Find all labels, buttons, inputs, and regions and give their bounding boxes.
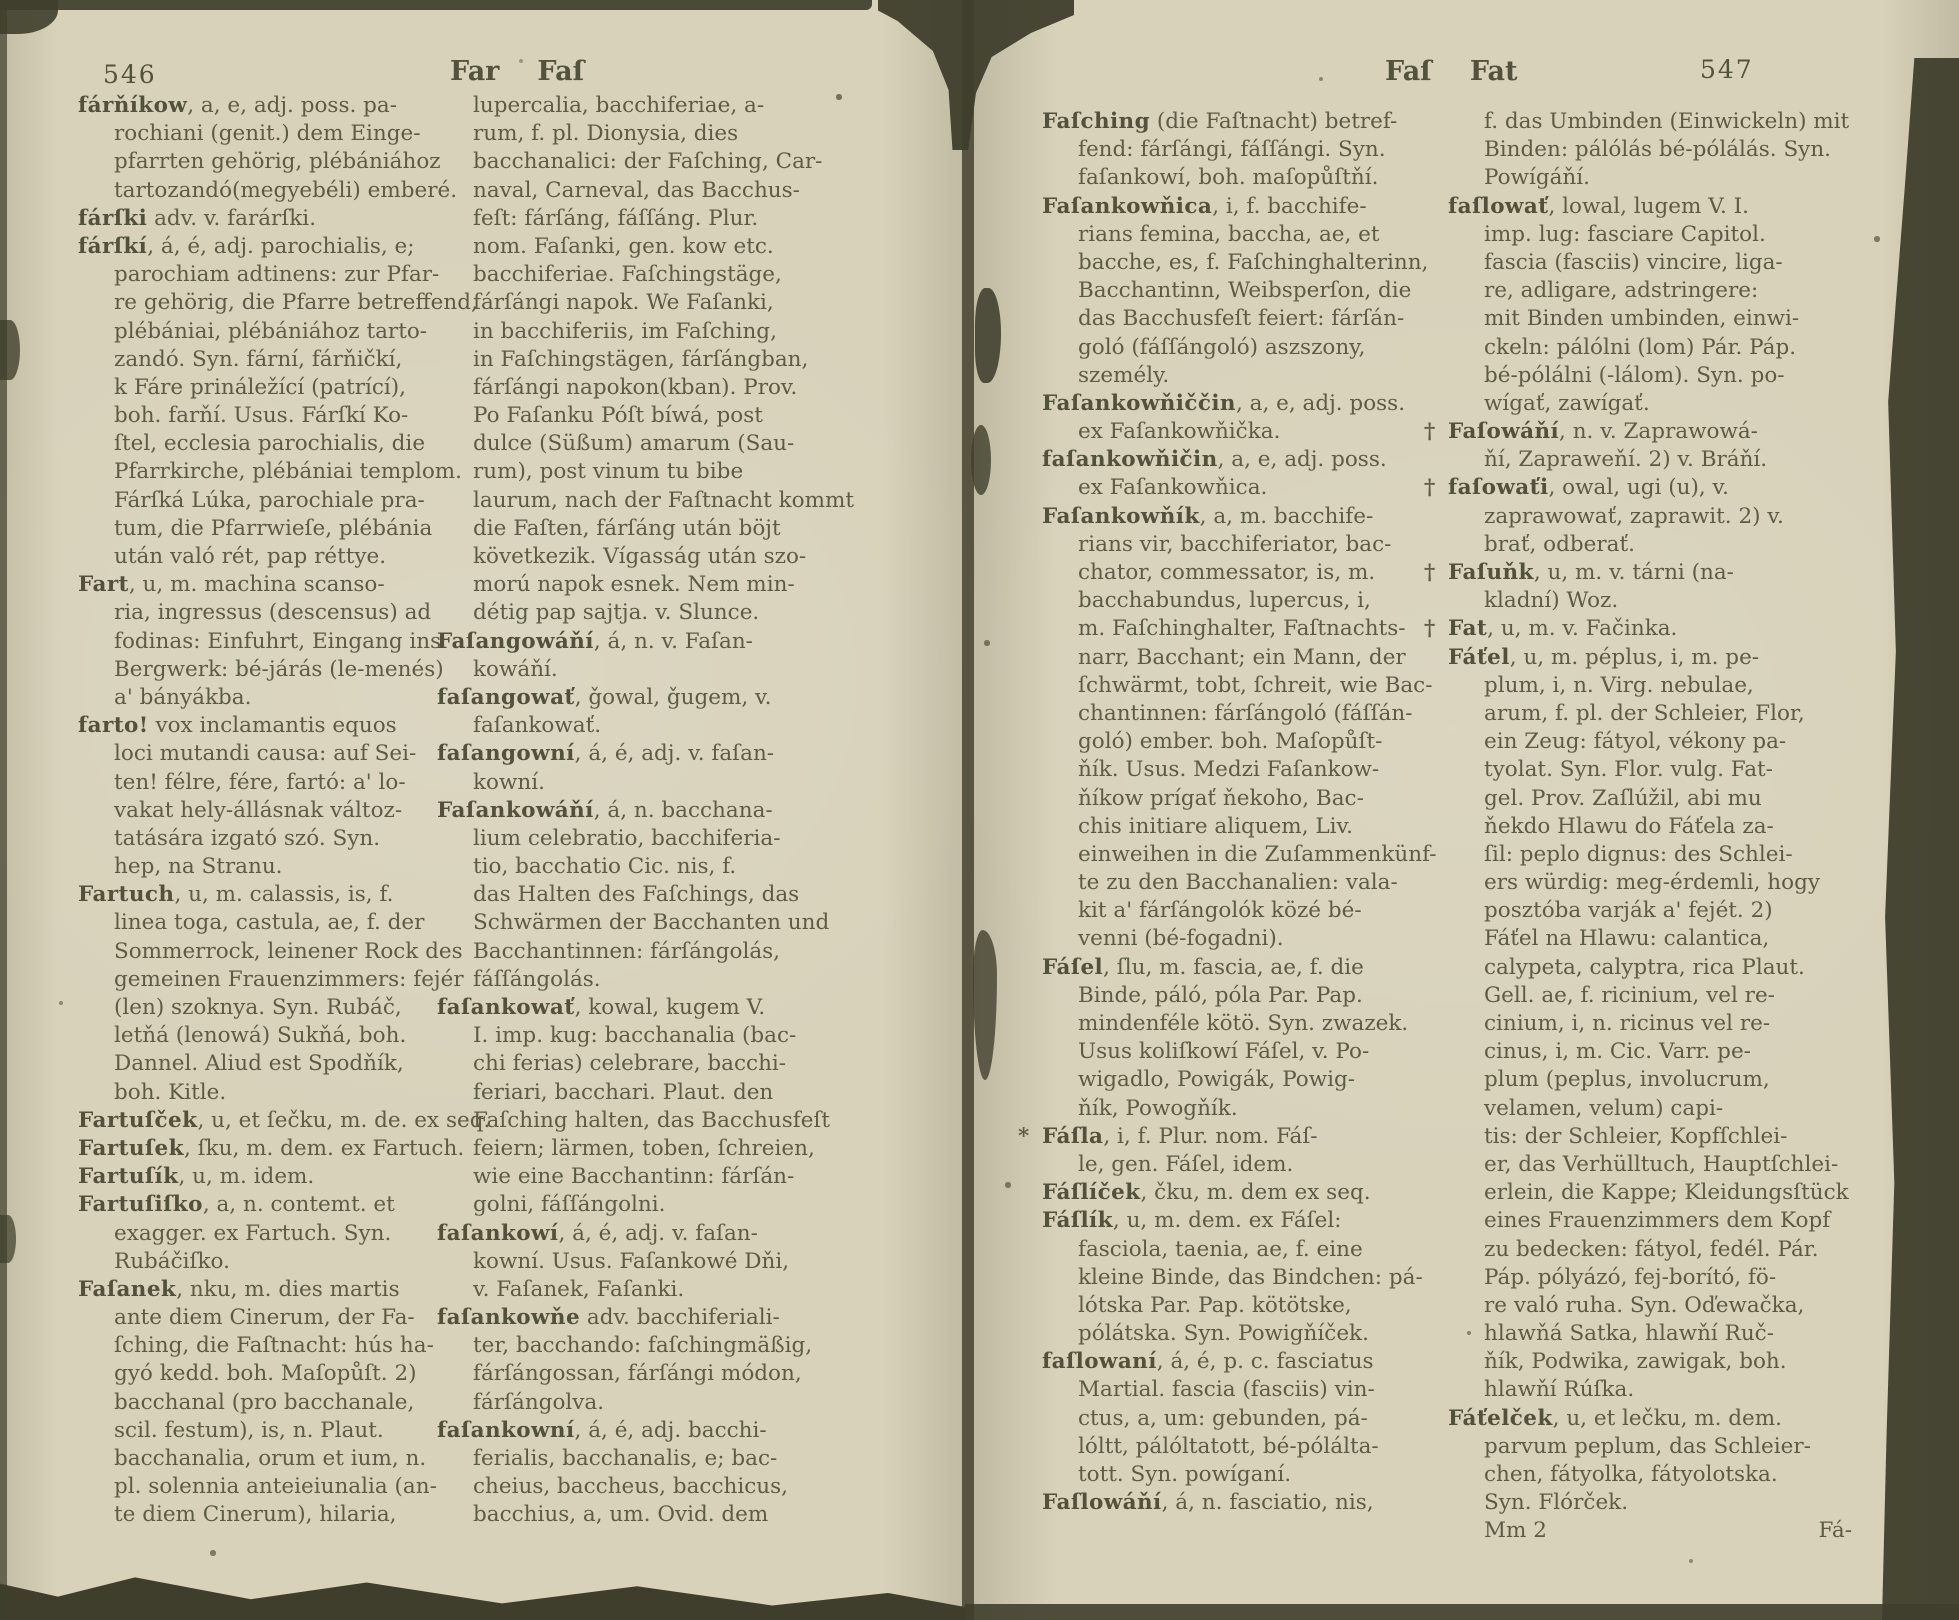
headword: Faſankowňík [1042, 504, 1200, 529]
running-head-left: Far Faſ [450, 56, 584, 87]
text-line: gyó kedd. boh. Maſopůſt. 2) [78, 1360, 430, 1388]
text-line: után való rét, pap réttye. [78, 543, 430, 571]
text-line: scil. festum), is, n. Plaut. [78, 1417, 430, 1445]
text-line: Binden: pálólás bé-pólálás. Syn. [1448, 136, 1860, 164]
text-line: exagger. ex Fartuch. Syn. [78, 1220, 430, 1248]
text-line: mindenféle kötö. Syn. zwazek. [1042, 1010, 1434, 1038]
text-line: zaprawowať, zaprawit. 2) v. [1448, 503, 1860, 531]
text-line: fascia (fasciis) vincire, liga- [1448, 249, 1860, 277]
headword: Fartuſček [78, 1108, 197, 1133]
text-line: wígať, zawígať. [1448, 390, 1860, 418]
text-line: er, das Verhülltuch, Hauptſchlei- [1448, 1151, 1860, 1179]
text-line: Faſanek, nku, m. dies martis [78, 1276, 430, 1304]
asterisk-marker: * [1018, 1123, 1029, 1151]
text-line: plum, i, n. Virg. nebulae, [1448, 672, 1860, 700]
scan-corner-blob [0, 0, 58, 34]
text-line: chis initiare aliquem, Liv. [1042, 813, 1434, 841]
text-line: †Faſuňk, u, m. v. tárni (na- [1448, 559, 1860, 587]
text-line: ria, ingressus (descensus) ad [78, 599, 430, 627]
text-line: faſankowňe adv. bacchiferiali- [437, 1304, 819, 1332]
text-line: feiern; lärmen, toben, ſchreien, [437, 1135, 819, 1163]
text-line: Usus koliſkowí Fáſel, v. Po- [1042, 1038, 1434, 1066]
text-line: Faſching (die Faſtnacht) betref- [1042, 108, 1434, 136]
text-line: ňík, Podwika, zawigak, boh. [1448, 1348, 1860, 1376]
text-line: Faſankowáňí, á, n. bacchana- [437, 797, 819, 825]
headword: Faſankowňica [1042, 194, 1212, 219]
text-line: faſangowní, á, é, adj. v. faſan- [437, 740, 819, 768]
text-line: arum, f. pl. der Schleier, Flor, [1448, 700, 1860, 728]
text-line: brať, odberať. [1448, 531, 1860, 559]
text-line: Fartuch, u, m. calassis, is, f. [78, 881, 430, 909]
text-line: kowáňí. [437, 656, 819, 684]
text-line: Gell. ae, f. ricinium, vel re- [1448, 982, 1860, 1010]
text-line: in bacchiferiis, im Faſching, [437, 318, 819, 346]
text-line: bacchabundus, lupercus, i, [1042, 587, 1434, 615]
gutter-ink-blob [971, 425, 991, 495]
text-line: cheius, baccheus, bacchicus, [437, 1473, 819, 1501]
text-line: rians femina, baccha, ae, et [1042, 221, 1434, 249]
text-line: goló) ember. boh. Maſopůſt- [1042, 728, 1434, 756]
text-line: narr, Bacchant; ein Mann, der [1042, 644, 1434, 672]
text-line: rum, f. pl. Dionysia, dies [437, 120, 819, 148]
text-line: bacchanalici: der Faſching, Car- [437, 148, 819, 176]
text-line: bé-pólálni (-lálom). Syn. po- [1448, 362, 1860, 390]
text-line: Páp. pólyázó, fej-borító, fö- [1448, 1264, 1860, 1292]
headword: faſankowí [437, 1221, 559, 1246]
text-line: golni, fáſſángolni. [437, 1191, 819, 1219]
edge-ink-blob [0, 1215, 16, 1263]
text-line: kowní. Usus. Faſankowé Dňi, [437, 1248, 819, 1276]
text-line: lótska Par. Pap. kötötske, [1042, 1292, 1434, 1320]
headword: Fáſla [1042, 1124, 1103, 1149]
text-line: bacche, es, f. Faſchinghalterinn, [1042, 249, 1434, 277]
text-line: faſankowať, kowal, kugem V. [437, 994, 819, 1022]
text-line: Rubáčiſko. [78, 1248, 430, 1276]
text-line: k Fáre prináležící (patrící), [78, 374, 430, 402]
text-line: Faſching halten, das Bacchusfeſt [437, 1107, 819, 1135]
text-line: zandó. Syn. fární, fárňičkí, [78, 346, 430, 374]
text-line: goló (fáſſángoló) aszszony, [1042, 334, 1434, 362]
text-line: lupercalia, bacchiferiae, a- [437, 92, 819, 120]
edge-ink-blob [0, 320, 20, 380]
text-line: tio, bacchatio Cic. nis, f. [437, 853, 819, 881]
text-line: ſching, die Faſtnacht: hús ha- [78, 1332, 430, 1360]
text-line: parochiam adtinens: zur Pfar- [78, 261, 430, 289]
text-line: f. das Umbinden (Einwickeln) mit [1448, 108, 1860, 136]
text-line: Fartuſek, ſku, m. dem. ex Fartuch. [78, 1135, 430, 1163]
signature-mark: Mm 2 [1484, 1517, 1547, 1545]
text-line: faſankowí, á, é, adj. v. faſan- [437, 1220, 819, 1248]
text-line: chi ferias) celebrare, bacchi- [437, 1050, 819, 1078]
gutter-ink-blob [975, 288, 1001, 383]
text-line: tum, die Pfarrwieſe, plébánia [78, 515, 430, 543]
text-line: tott. Syn. powíganí. [1042, 1461, 1434, 1489]
headword: fárſki [78, 206, 147, 231]
text-line: ex Faſankowňička. [1042, 418, 1434, 446]
text-line: fárňíkow, a, e, adj. poss. pa- [78, 92, 430, 120]
headword: Fartuch [78, 882, 174, 907]
text-line: faſankowí, boh. maſopůſtňí. [1042, 164, 1434, 192]
text-line: chen, fátyolka, fátyolotska. [1448, 1461, 1860, 1489]
text-line: feriari, bacchari. Plaut. den [437, 1079, 819, 1107]
text-line: vakat hely-állásnak változ- [78, 797, 430, 825]
text-line: Po Faſanku Póſt bíwá, post [437, 402, 819, 430]
text-line: laurum, nach der Faſtnacht kommt [437, 487, 819, 515]
text-line: erlein, die Kappe; Kleidungsſtück [1448, 1179, 1860, 1207]
text-line: te zu den Bacchanalien: vala- [1042, 869, 1434, 897]
scan-border-top [0, 0, 872, 10]
headword: Faſankowňiččin [1042, 391, 1236, 416]
text-line: Faſankowňík, a, m. bacchife- [1042, 503, 1434, 531]
text-line: ten! félre, fére, fartó: a' lo- [78, 769, 430, 797]
text-line: Syn. Flórček. [1448, 1489, 1860, 1517]
text-line: pfarrten gehörig, plébániához [78, 148, 430, 176]
scan-speckles [0, 0, 2, 2]
text-line: lóltt, pálóltatott, bé-pólálta- [1042, 1433, 1434, 1461]
text-line: v. Faſanek, Faſanki. [437, 1276, 819, 1304]
dagger-marker: † [1424, 474, 1435, 502]
dictionary-column-4: f. das Umbinden (Einwickeln) mitBinden: … [1448, 108, 1860, 1546]
headword: Faſuňk [1448, 560, 1534, 585]
text-line: das Bacchusfeſt feiert: fárſán- [1042, 305, 1434, 333]
gutter-ink-blob [973, 930, 997, 1080]
headword: faſangowať [437, 685, 575, 710]
text-line: Powígáňí. [1448, 164, 1860, 192]
text-line: ein Zeug: fátyol, vékony pa- [1448, 728, 1860, 756]
text-line: bacchanalia, orum et ium, n. [78, 1445, 430, 1473]
headword: Fáſel [1042, 955, 1103, 980]
text-line: Faſankowňiččin, a, e, adj. poss. [1042, 390, 1434, 418]
text-line: kladní) Woz. [1448, 587, 1860, 615]
text-line: tartozandó(megyebéli) emberé. [78, 177, 430, 205]
text-line: fárſki adv. v. farárſki. [78, 205, 430, 233]
text-line: faſankowňičin, a, e, adj. poss. [1042, 446, 1434, 474]
text-line: ňíkow prígať ňekoho, Bac- [1042, 785, 1434, 813]
text-line: fodinas: Einfuhrt, Eingang ins [78, 628, 430, 656]
text-line: Fáſlík, u, m. dem. ex Fáſel: [1042, 1207, 1434, 1235]
text-line: személy. [1042, 362, 1434, 390]
text-line: letňá (lenowá) Sukňá, boh. [78, 1022, 430, 1050]
text-line: ferialis, bacchanalis, e; bac- [437, 1445, 819, 1473]
text-line: rum), post vinum tu bibe [437, 458, 819, 486]
text-line: Bergwerk: bé-járás (le-menés) [78, 656, 430, 684]
text-line: (len) szoknya. Syn. Rubáč, [78, 994, 430, 1022]
headword: fárſkí [78, 234, 147, 259]
text-line: hep, na Stranu. [78, 853, 430, 881]
text-line: Fáťel, u, m. péplus, i, m. pe- [1448, 644, 1860, 672]
text-line: Fáſel, ſlu, m. fascia, ae, f. die [1042, 954, 1434, 982]
dictionary-column-2: lupercalia, bacchiferiae, a-rum, f. pl. … [437, 92, 819, 1530]
text-line: Fart, u, m. machina scanso- [78, 571, 430, 599]
text-line: feſt: fárſáng, fáſſáng. Plur. [437, 205, 819, 233]
text-line: in Faſchingstägen, fárſángban, [437, 346, 819, 374]
text-line: re, adligare, adstringere: [1448, 277, 1860, 305]
text-line: †faſowaťi, owal, ugi (u), v. [1448, 474, 1860, 502]
headword: Faſanek [78, 1277, 176, 1302]
text-line: posztóba varják a' fejét. 2) [1448, 897, 1860, 925]
text-line: Bacchantinnen: fárſángolás, [437, 938, 819, 966]
headword: Fartuſiſko [78, 1192, 203, 1217]
headword: Fáſlík [1042, 1208, 1113, 1233]
dagger-marker: † [1424, 418, 1435, 446]
headword: Fáťel [1448, 645, 1510, 670]
text-line: kit a' fárſángolók közé bé- [1042, 897, 1434, 925]
guide-word: Fat [1470, 56, 1518, 87]
text-line: a' bányákba. [78, 684, 430, 712]
text-line: Sommerrock, leinener Rock des [78, 938, 430, 966]
headword: Fart [78, 572, 129, 597]
headword: Fartuſek [78, 1136, 184, 1161]
text-line: ňík. Usus. Medzi Faſankow- [1042, 756, 1434, 784]
text-line: cinium, i, n. ricinus vel re- [1448, 1010, 1860, 1038]
text-line: ſil: peplo dignus: des Schlei- [1448, 841, 1860, 869]
text-line: Fartuſček, u, et ſečku, m. de. ex seq. [78, 1107, 430, 1135]
text-line: mit Binden umbinden, einwi- [1448, 305, 1860, 333]
headword: Fartuſík [78, 1164, 178, 1189]
headword: faſlowaní [1042, 1349, 1157, 1374]
text-line: naval, Carneval, das Bacchus- [437, 177, 819, 205]
text-line: nom. Faſanki, gen. kow etc. [437, 233, 819, 261]
catchword: Fá- [1818, 1517, 1852, 1545]
text-line: ſchwärmt, tobt, ſchreit, wie Bac- [1042, 672, 1434, 700]
headword: Fáſlíček [1042, 1180, 1140, 1205]
text-line: boh. Kitle. [78, 1079, 430, 1107]
text-line: m. Faſchinghalter, Faſtnachts- [1042, 615, 1434, 643]
text-line: zu bedecken: fátyol, fedél. Pár. [1448, 1236, 1860, 1264]
text-line: pl. solennia anteieiunalia (an- [78, 1473, 430, 1501]
text-line: re való ruha. Syn. Oďewačka, [1448, 1292, 1860, 1320]
text-line: chator, commessator, is, m. [1042, 559, 1434, 587]
headword: faſangowní [437, 741, 575, 766]
text-line: Fartuſiſko, a, n. contemt. et [78, 1191, 430, 1219]
text-line: Faſankowňica, i, f. bacchife- [1042, 193, 1434, 221]
headword: Fat [1448, 616, 1487, 641]
headword: Faſankowáňí [437, 798, 594, 823]
text-line: re gehörig, die Pfarre betreffend, [78, 289, 430, 317]
text-line: hlawňá Satka, hlawňí Ruč- [1448, 1320, 1860, 1348]
text-line: linea toga, castula, ae, f. der [78, 909, 430, 937]
scan-border-right [1882, 58, 1959, 1620]
text-line: morú napok esnek. Nem min- [437, 571, 819, 599]
text-line: rochiani (genit.) dem Einge- [78, 120, 430, 148]
text-line: gel. Prov. Zaſlúžil, abi mu [1448, 785, 1860, 813]
headword: faſankowňičin [1042, 447, 1218, 472]
text-line: fasciola, taenia, ae, f. eine [1042, 1236, 1434, 1264]
text-line: Schwärmen der Bacchanten und [437, 909, 819, 937]
text-line: faſangowať, ǧowal, ǧugem, v. [437, 684, 819, 712]
text-line: wigadlo, Powigák, Powig- [1042, 1066, 1434, 1094]
text-line: fárſángossan, fárſángi módon, [437, 1360, 819, 1388]
headword: faſankowní [437, 1418, 575, 1443]
text-line: einweihen in die Zuſammenkünf- [1042, 841, 1434, 869]
text-line: détig pap sajtja. v. Slunce. [437, 599, 819, 627]
text-line: pólátska. Syn. Powigňíček. [1042, 1320, 1434, 1348]
running-head-right: Faſ Fat [1385, 56, 1517, 87]
headword: faſowaťi [1448, 475, 1549, 500]
guide-word: Faſ [1385, 56, 1432, 87]
text-line: *Fáſla, i, f. Plur. nom. Fáſ- [1042, 1123, 1434, 1151]
guide-word: Faſ [537, 56, 584, 87]
text-line: faſlowaní, á, é, p. c. fasciatus [1042, 1348, 1434, 1376]
text-line: Fartuſík, u, m. idem. [78, 1163, 430, 1191]
headword: Faſangowáňí [437, 629, 594, 654]
text-line: tatására izgató szó. Syn. [78, 825, 430, 853]
text-line: Martial. fascia (fasciis) vin- [1042, 1376, 1434, 1404]
text-line: Mm 2Fá- [1448, 1517, 1860, 1545]
scan-border-bottom-right [965, 1604, 1959, 1620]
text-line: bacchanal (pro bacchanale, [78, 1389, 430, 1417]
headword: faſankowňe [437, 1305, 580, 1330]
text-line: fárſángi napokon(kban). Prov. [437, 374, 819, 402]
text-line: die Faſten, fárſáng után böjt [437, 515, 819, 543]
text-line: ter, bacchando: faſchingmäßig, [437, 1332, 819, 1360]
text-line: lium celebratio, bacchiferia- [437, 825, 819, 853]
page-number-left: 546 [103, 60, 157, 89]
headword: Fáťelček [1448, 1406, 1553, 1431]
text-line: fáſſángolás. [437, 966, 819, 994]
text-line: le, gen. Fáſel, idem. [1042, 1151, 1434, 1179]
page-number-right: 547 [1700, 55, 1754, 84]
text-line: Pfarrkirche, plébániai templom. [78, 458, 430, 486]
dictionary-column-1: fárňíkow, a, e, adj. poss. pa-rochiani (… [78, 92, 430, 1530]
text-line: fárſkí, á, é, adj. parochialis, e; [78, 233, 430, 261]
text-line: faſankowať. [437, 712, 819, 740]
book-gutter-shadow [962, 0, 974, 1620]
text-line: bacchius, a, um. Ovid. dem [437, 1501, 819, 1529]
text-line: fend: fárſángi, fáſſángi. Syn. [1042, 136, 1434, 164]
text-line: gemeinen Frauenzimmers: fejér [78, 966, 430, 994]
text-line: †Faſowáňí, n. v. Zaprawowá- [1448, 418, 1860, 446]
text-line: kleine Binde, das Bindchen: pá- [1042, 1264, 1434, 1292]
text-line: ante diem Cinerum, der Fa- [78, 1304, 430, 1332]
text-line: ers würdig: meg-érdemli, hogy [1448, 869, 1860, 897]
text-line: Fáſlíček, čku, m. dem ex seq. [1042, 1179, 1434, 1207]
headword: fárňíkow [78, 93, 187, 118]
text-line: plébániai, plébániához tarto- [78, 318, 430, 346]
text-line: wie eine Bacchantinn: fárſán- [437, 1163, 819, 1191]
text-line: Binde, páló, póla Par. Pap. [1042, 982, 1434, 1010]
text-line: dulce (Süßum) amarum (Sau- [437, 430, 819, 458]
headword: Faſlowáňí [1042, 1490, 1162, 1515]
text-line: faſankowní, á, é, adj. bacchi- [437, 1417, 819, 1445]
text-line: Dannel. Aliud est Spodňík, [78, 1050, 430, 1078]
text-line: I. imp. kug: bacchanalia (bac- [437, 1022, 819, 1050]
text-line: boh. farňí. Usus. Fárſkí Ko- [78, 402, 430, 430]
text-line: ňekdo Hlawu do Fáťela za- [1448, 813, 1860, 841]
text-line: következik. Vígasság után szo- [437, 543, 819, 571]
text-line: Fárſká Lúka, parochiale pra- [78, 487, 430, 515]
text-line: ckeln: pálólni (lom) Pár. Páp. [1448, 334, 1860, 362]
text-line: te diem Cinerum), hilaria, [78, 1501, 430, 1529]
headword: faſankowať [437, 995, 575, 1020]
text-line: faſlowať, lowal, lugem V. I. [1448, 193, 1860, 221]
text-line: chantinnen: fárſángoló (fáſſán- [1042, 700, 1434, 728]
text-line: calypeta, calyptra, rica Plaut. [1448, 954, 1860, 982]
text-line: imp. lug: fasciare Capitol. [1448, 221, 1860, 249]
text-line: das Halten des Faſchings, das [437, 881, 819, 909]
text-line: farto! vox inclamantis equos [78, 712, 430, 740]
text-line: ctus, a, um: gebunden, pá- [1042, 1405, 1434, 1433]
text-line: velamen, velum) capi- [1448, 1095, 1860, 1123]
headword: Faſching [1042, 109, 1150, 134]
headword: farto! [78, 713, 149, 738]
text-line: Bacchantinn, Weibsperſon, die [1042, 277, 1434, 305]
text-line: ex Faſankowňica. [1042, 474, 1434, 502]
text-line: kowní. [437, 769, 819, 797]
text-line: Faſangowáňí, á, n. v. Faſan- [437, 628, 819, 656]
text-line: hlawňí Rúſka. [1448, 1376, 1860, 1404]
text-line: ſtel, ecclesia parochialis, die [78, 430, 430, 458]
headword: Faſowáňí [1448, 419, 1559, 444]
text-line: tyolat. Syn. Flor. vulg. Fat- [1448, 756, 1860, 784]
text-line: ňík, Powogňík. [1042, 1095, 1434, 1123]
headword: faſlowať [1448, 194, 1549, 219]
scan-border-bottom-left [0, 1568, 965, 1620]
dagger-marker: † [1424, 559, 1435, 587]
text-line: fárſángolva. [437, 1389, 819, 1417]
text-line: parvum peplum, das Schleier- [1448, 1433, 1860, 1461]
guide-word: Far [450, 56, 499, 87]
dagger-marker: † [1424, 615, 1435, 643]
text-line: Faſlowáňí, á, n. fasciatio, nis, [1042, 1489, 1434, 1517]
text-line: cinus, i, m. Cic. Varr. pe- [1448, 1038, 1860, 1066]
text-line: rians vir, bacchiferiator, bac- [1042, 531, 1434, 559]
text-line: fárſángi napok. We Faſanki, [437, 289, 819, 317]
text-line: plum (peplus, involucrum, [1448, 1066, 1860, 1094]
text-line: Fáťel na Hlawu: calantica, [1448, 925, 1860, 953]
scan-border-left [0, 8, 7, 1620]
text-line: venni (bé-fogadni). [1042, 925, 1434, 953]
text-line: Fáťelček, u, et lečku, m. dem. [1448, 1405, 1860, 1433]
text-line: loci mutandi causa: auf Sei- [78, 740, 430, 768]
text-line: eines Frauenzimmers dem Kopf [1448, 1207, 1860, 1235]
text-line: ňí, Zapraweňí. 2) v. Bráňí. [1448, 446, 1860, 474]
dictionary-column-3: Faſching (die Faſtnacht) betref-fend: fá… [1042, 108, 1434, 1517]
text-line: bacchiferiae. Faſchingstäge, [437, 261, 819, 289]
text-line: †Fat, u, m. v. Fačinka. [1448, 615, 1860, 643]
text-line: tis: der Schleier, Kopfſchlei- [1448, 1123, 1860, 1151]
